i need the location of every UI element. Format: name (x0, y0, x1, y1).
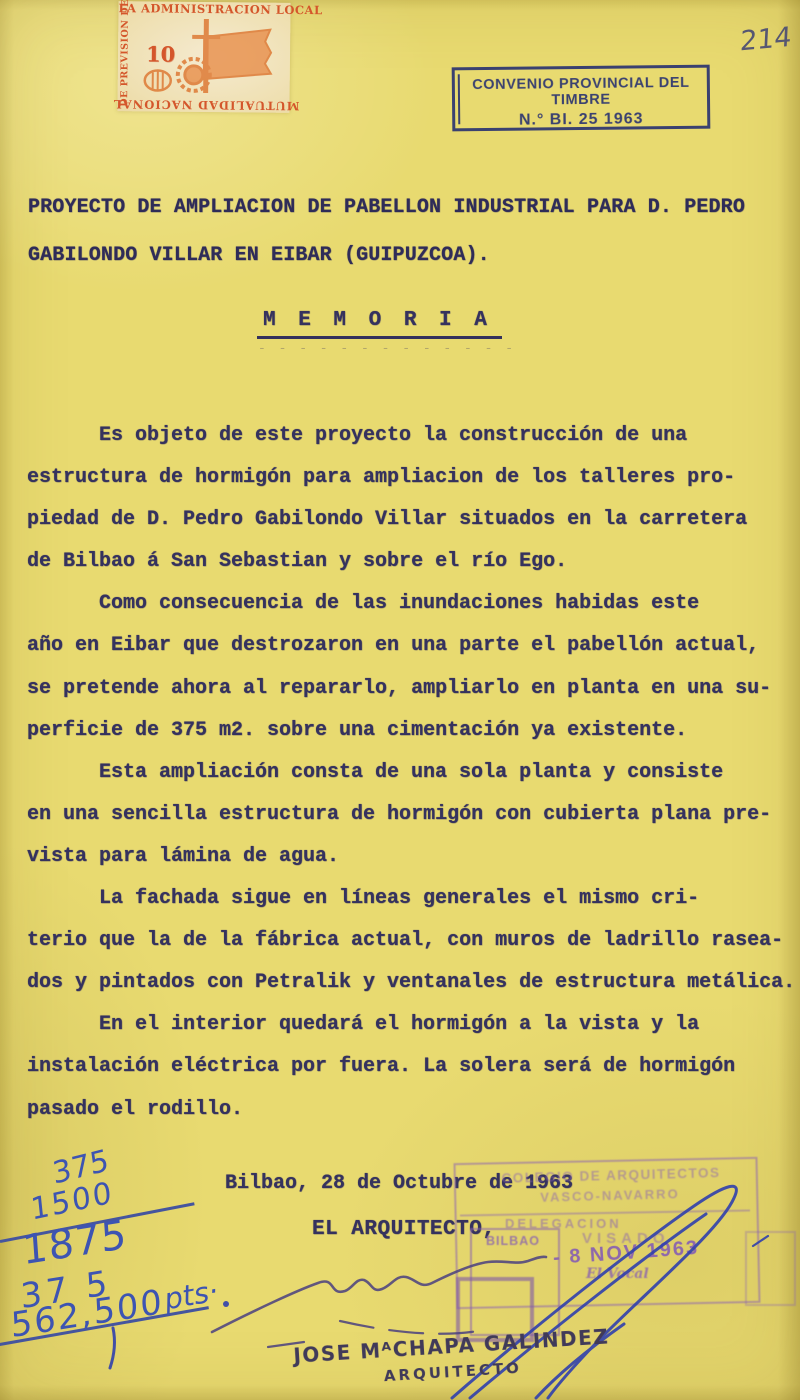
body-line: estructura de hormigón para ampliacion d… (27, 457, 777, 499)
colegio-stamp-vocal: El Vocal (586, 1266, 649, 1282)
title-line-2: GABILONDO VILLAR EN EIBAR (GUIPUZCOA). (28, 232, 745, 280)
calc-unit: pts· (161, 1274, 220, 1317)
body-line: terio que la de la fábrica actual, con m… (27, 920, 777, 962)
timbre-stamp-line2: N.° BI. 25 1963 (455, 110, 707, 131)
body-line: pasado el rodillo. (27, 1089, 777, 1131)
body-line: de Bilbao á San Sebastian y sobre el río… (27, 541, 777, 583)
body-line: En el interior quedará el hormigón a la … (27, 1004, 777, 1046)
page-number-handwritten: 214 (739, 22, 792, 58)
body-line: Es objeto de este proyecto la construcci… (27, 415, 777, 457)
revenue-stamp-emblem-icon (142, 14, 283, 99)
body-line: dos y pintados con Petralik y ventanales… (27, 962, 777, 1004)
body-line: vista para lámina de agua. (27, 836, 777, 878)
body-line: en una sencilla estructura de hormigón c… (27, 794, 777, 836)
body-line: se pretende ahora al repararlo, ampliarl… (27, 668, 777, 710)
scanned-memoria-page: LA ADMINISTRACION LOCAL DE PREVISION DE … (0, 0, 800, 1400)
architect-name-stamp: JOSE MᴬCHAPA GALINDEZ ARQUITECTO (291, 1324, 613, 1390)
revenue-stamp: LA ADMINISTRACION LOCAL DE PREVISION DE … (117, 1, 290, 113)
body-line: Esta ampliación consta de una sola plant… (27, 752, 777, 794)
body-line: Como consecuencia de las inundaciones ha… (27, 583, 777, 625)
colegio-stamp-ghost-rect (745, 1231, 796, 1306)
title-line-1: PROYECTO DE AMPLIACION DE PABELLON INDUS… (28, 184, 745, 232)
body-line: piedad de D. Pedro Gabilondo Villar situ… (27, 499, 777, 541)
body-line: año en Eibar que destrozaron en una part… (27, 625, 777, 667)
revenue-stamp-left-text: DE PREVISION DE (119, 15, 131, 107)
colegio-stamp-city: BILBAO (476, 1234, 550, 1248)
timbre-stamp: CONVENIO PROVINCIAL DEL TIMBRE N.° BI. 2… (452, 65, 711, 132)
body-line: La fachada sigue en líneas generales el … (27, 878, 777, 920)
body-line: instalación eléctrica por fuera. La sole… (27, 1046, 777, 1088)
timbre-stamp-line1: CONVENIO PROVINCIAL DEL TIMBRE (455, 75, 707, 110)
memoria-body: Es objeto de este proyecto la construcci… (27, 415, 777, 1131)
body-line: perficie de 375 m2. sobre una cimentació… (27, 710, 777, 752)
memoria-heading-ghost-dashes: - - - - - - - - - - - - - (258, 341, 516, 356)
memoria-heading: M E M O R I A (257, 309, 502, 339)
document-title: PROYECTO DE AMPLIACION DE PABELLON INDUS… (28, 184, 745, 280)
